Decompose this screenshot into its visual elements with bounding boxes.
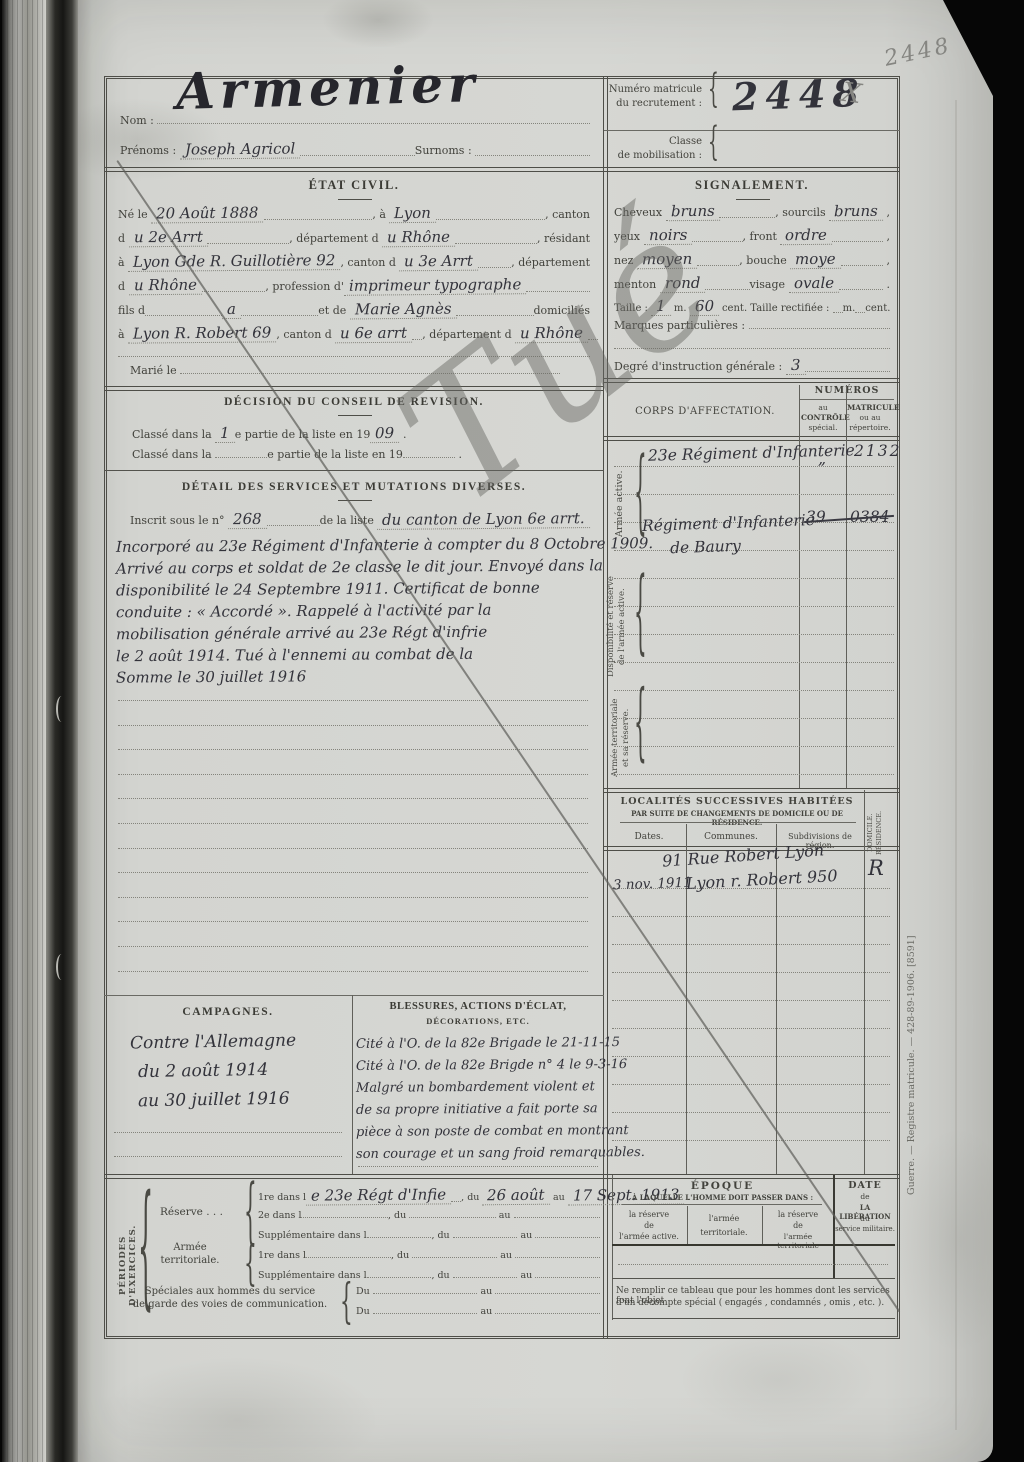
printed-text: Prénoms : bbox=[120, 144, 180, 157]
printed-text: fils d bbox=[118, 304, 145, 317]
corps-entry-2-controle: 39 bbox=[806, 508, 826, 526]
date-col: du bbox=[835, 1214, 895, 1223]
services-text-line: Somme le 30 juillet 1916 bbox=[116, 667, 306, 686]
printed-text: Marié le bbox=[130, 364, 180, 377]
epoque-title-1: ÉPOQUE bbox=[612, 1180, 833, 1192]
dotted-rule bbox=[612, 944, 890, 945]
dotted-rule bbox=[118, 921, 588, 922]
dotted-rule bbox=[300, 155, 415, 156]
epoque-col2: l'armée bbox=[689, 1214, 759, 1223]
printed-text: 1re dans l bbox=[258, 1192, 306, 1203]
services-blank-rules bbox=[118, 700, 588, 990]
dotted-rule bbox=[118, 798, 588, 799]
printed-text: à bbox=[118, 328, 128, 341]
handwritten-text: e 23e Régt d'Infie bbox=[306, 1185, 451, 1205]
dotted-rule bbox=[453, 1277, 518, 1278]
dotted-rule bbox=[118, 872, 588, 873]
blessures-title-2: DÉCORATIONS, ETC. bbox=[352, 1016, 604, 1026]
title-rule bbox=[338, 415, 372, 416]
blessures-line: de sa propre initiative a fait porte sa bbox=[356, 1101, 598, 1118]
printed-text: de la liste bbox=[320, 514, 378, 527]
printed-text: . bbox=[883, 278, 890, 291]
printer-margin-note: Guerre. — Registre matricule. — 428-89-1… bbox=[906, 880, 917, 1250]
periodes-side-label: PÉRIODES D'EXERCICES. bbox=[118, 1196, 138, 1334]
printed-text: Inscrit sous le n° bbox=[130, 514, 228, 527]
dotted-rule bbox=[832, 241, 883, 242]
dotted-rule bbox=[612, 1112, 890, 1113]
dotted-rule bbox=[614, 578, 894, 579]
dotted-rule bbox=[614, 690, 894, 691]
printed-text: au bbox=[517, 1230, 535, 1241]
dotted-rule bbox=[202, 291, 266, 292]
epoque-bottom-rule bbox=[612, 1278, 895, 1279]
dotted-rule bbox=[614, 550, 894, 551]
dotted-rule bbox=[833, 312, 843, 313]
printed-text: e partie de la liste en 19 bbox=[267, 448, 403, 461]
dotted-rule bbox=[367, 1237, 432, 1238]
localites-title: LOCALITÉS SUCCESSIVES HABITÉES bbox=[608, 796, 866, 807]
printed-text: au bbox=[496, 1210, 514, 1221]
dotted-rule bbox=[614, 606, 894, 607]
date-col: de bbox=[835, 1192, 895, 1201]
dotted-rule bbox=[719, 217, 775, 218]
localites-subtitle: PAR SUITE DE CHANGEMENTS DE DOMICILE OU … bbox=[608, 809, 866, 827]
localites-row-rules bbox=[612, 888, 890, 1168]
dotted-rule bbox=[301, 1217, 387, 1218]
corps-entry-1-matricule: 2132 bbox=[854, 442, 901, 460]
dotted-rule bbox=[409, 1217, 495, 1218]
printed-text: d bbox=[118, 232, 129, 245]
dotted-rule bbox=[855, 312, 865, 313]
epoque-col3: la réserve bbox=[763, 1210, 833, 1219]
epoque-col1: l'armée active. bbox=[613, 1232, 685, 1241]
brace: { bbox=[634, 555, 647, 665]
epoque-col1: la réserve bbox=[613, 1210, 685, 1219]
surname-script: Armenier bbox=[175, 54, 480, 121]
printed-text: Surnoms : bbox=[415, 144, 475, 157]
printed-text: cent. bbox=[865, 303, 890, 314]
dotted-rule bbox=[367, 1277, 432, 1278]
matricule-header: ou au bbox=[847, 413, 893, 422]
epoque-note-2: d'un décompte spécial ( engagés , condam… bbox=[616, 1298, 890, 1308]
dotted-rule bbox=[118, 823, 588, 824]
periodes-row: Du au bbox=[356, 1286, 600, 1297]
printed-text: au bbox=[550, 1192, 568, 1203]
handwritten-text: moye bbox=[790, 250, 841, 269]
printed-text: , du bbox=[388, 1210, 409, 1221]
handwritten-text: 20 Août 1888 bbox=[151, 204, 264, 224]
epoque-title-rule bbox=[622, 1204, 822, 1205]
disponibilite-label-line: Disponibilité et réserve bbox=[606, 577, 616, 678]
dotted-rule bbox=[614, 746, 894, 747]
dotted-rule bbox=[495, 1313, 600, 1314]
dotted-rule bbox=[612, 1084, 890, 1085]
handwritten-text: 26 août bbox=[482, 1186, 550, 1206]
campagnes-line: du 2 août 1914 bbox=[138, 1060, 269, 1082]
dotted-rule bbox=[841, 265, 883, 266]
date-col: DATE bbox=[835, 1180, 895, 1191]
dotted-rule bbox=[614, 718, 894, 719]
epoque-title-2: À LAQUELLE L'HOMME DOIT PASSER DANS : bbox=[612, 1193, 833, 1202]
periodes-row: 2e dans l, du au bbox=[258, 1210, 600, 1221]
blessures-line: Cité à l'O. de la 82e Brigde n° 4 le 9-3… bbox=[356, 1057, 627, 1074]
binding-stitch bbox=[56, 696, 67, 722]
dotted-rule bbox=[118, 946, 588, 947]
binding-stitch bbox=[56, 954, 67, 980]
header-divider bbox=[604, 130, 900, 131]
dotted-rule bbox=[612, 1000, 890, 1001]
blessures-line: Cité à l'O. de la 82e Brigade le 21-11-1… bbox=[356, 1035, 620, 1052]
brace: { bbox=[708, 67, 719, 113]
printed-text: , du bbox=[391, 1250, 412, 1261]
printed-text: au bbox=[517, 1270, 535, 1281]
dotted-rule bbox=[306, 1257, 391, 1258]
printed-text: visage bbox=[750, 278, 789, 291]
printed-text: , à bbox=[372, 208, 389, 221]
printed-text: 2e dans l bbox=[258, 1210, 301, 1221]
brace: { bbox=[634, 670, 647, 771]
localites-top-rule bbox=[604, 788, 900, 793]
dotted-rule bbox=[215, 457, 267, 458]
dotted-rule bbox=[614, 634, 894, 635]
title-rule bbox=[338, 199, 372, 200]
dotted-rule bbox=[805, 371, 890, 372]
title-rule bbox=[338, 500, 372, 501]
dotted-rule bbox=[114, 1156, 342, 1157]
dotted-rule bbox=[612, 1028, 890, 1029]
dotted-rule bbox=[535, 1277, 600, 1278]
services-text-line: conduite : « Accordé ». Rappelé à l'acti… bbox=[116, 601, 492, 622]
campagnes-top-rule bbox=[104, 995, 604, 996]
printed-text: Du bbox=[356, 1306, 373, 1317]
epoque-box-bottom bbox=[612, 1318, 895, 1319]
territoriale-label-1: Armée bbox=[140, 1242, 240, 1253]
handwritten-text: a bbox=[222, 300, 241, 319]
periodes-top-rule bbox=[104, 1174, 900, 1179]
handwritten-text: Lyon R. Robert 69 bbox=[128, 323, 276, 343]
classe-label-1: Classe bbox=[608, 136, 702, 147]
printed-text: 1re dans l bbox=[258, 1250, 306, 1261]
services-text-line: disponibilité le 24 Septembre 1911. Cert… bbox=[116, 579, 540, 600]
dotted-rule bbox=[412, 1257, 497, 1258]
territoriale-reserve-label: Armée territoriale et sa réserve. bbox=[610, 688, 632, 788]
dotted-rule bbox=[373, 1313, 478, 1314]
dotted-rule bbox=[514, 1217, 600, 1218]
dotted-rule bbox=[453, 1237, 518, 1238]
periodes-row: 1re dans l, du au bbox=[258, 1250, 600, 1261]
dotted-rule bbox=[612, 1140, 890, 1141]
territoriale-label-line: et sa réserve. bbox=[621, 709, 631, 767]
campagnes-line: au 30 juillet 1916 bbox=[138, 1089, 290, 1112]
dotted-rule bbox=[451, 1201, 461, 1202]
speciales-label-2: de garde des voies de communication. bbox=[122, 1299, 338, 1310]
col-communes: Communes. bbox=[686, 832, 776, 842]
dotted-rule bbox=[749, 328, 890, 329]
handwritten-text: 1 bbox=[215, 424, 235, 443]
epoque-col3: l'armée territoriale bbox=[763, 1232, 833, 1250]
dotted-rule bbox=[118, 700, 588, 701]
matricule-header: MATRICULE bbox=[847, 403, 893, 412]
territoriale-label-line: Armée territoriale bbox=[610, 699, 620, 777]
epoque-col1: de bbox=[613, 1221, 685, 1230]
localites-date: 3 nov. 1911 bbox=[613, 875, 692, 894]
col-dates: Dates. bbox=[612, 832, 686, 842]
localites-title-rule bbox=[620, 822, 856, 823]
page-under-edge bbox=[955, 100, 957, 1430]
handwritten-text: u Rhône bbox=[128, 276, 201, 296]
dotted-rule bbox=[373, 1293, 478, 1294]
dotted-rule bbox=[118, 725, 588, 726]
dotted-rule bbox=[515, 1257, 600, 1258]
dotted-rule bbox=[358, 1166, 598, 1167]
printed-text: m. bbox=[843, 303, 856, 314]
corps-entry-1-controle: „ bbox=[818, 450, 826, 468]
territoriale-label-2: territoriale. bbox=[140, 1255, 240, 1266]
printed-text: , du bbox=[431, 1270, 452, 1281]
periodes-row: Du au bbox=[356, 1306, 600, 1317]
dotted-rule bbox=[692, 241, 743, 242]
scanned-register-page: Armenier Nom : Prénoms : Joseph AgricolS… bbox=[0, 0, 1024, 1462]
printed-text: , du bbox=[461, 1192, 482, 1203]
printed-text: au bbox=[477, 1306, 495, 1317]
printed-text: au bbox=[477, 1286, 495, 1297]
brace: { bbox=[708, 120, 719, 166]
dotted-rule bbox=[267, 525, 320, 526]
matricule-header: répertoire. bbox=[847, 423, 893, 432]
brace: { bbox=[340, 1271, 353, 1329]
disponibilite-label-line: de l'armée active. bbox=[617, 589, 627, 666]
binding-gutter bbox=[46, 0, 78, 1462]
printed-text: , bbox=[883, 206, 890, 219]
dotted-rule bbox=[264, 219, 373, 220]
handwritten-text: Lyon Gde R. Guillotière 92 bbox=[128, 251, 341, 272]
printed-text: , sourcils bbox=[775, 206, 829, 219]
dotted-rule bbox=[114, 1132, 342, 1133]
dotted-rule bbox=[495, 1293, 600, 1294]
dotted-rule bbox=[618, 1264, 888, 1265]
epoque-col3: de bbox=[763, 1221, 833, 1230]
printed-text: Du bbox=[356, 1286, 373, 1297]
blessures-line: pièce à son poste de combat en montrant bbox=[356, 1123, 629, 1140]
matricule-label-2: du recrutement : bbox=[608, 98, 702, 109]
dotted-rule bbox=[207, 243, 289, 244]
title-rule bbox=[736, 199, 770, 200]
brace: { bbox=[244, 1233, 257, 1291]
printed-text: , bbox=[883, 230, 890, 243]
dotted-rule bbox=[612, 1056, 890, 1057]
dotted-rule bbox=[614, 662, 894, 663]
periodes-row: Supplémentaire dans l, du au bbox=[258, 1270, 600, 1281]
printed-text: , bouche bbox=[739, 254, 790, 267]
printed-text: d bbox=[118, 280, 129, 293]
epoque-col2: territoriale. bbox=[689, 1228, 759, 1237]
epoque-col-line bbox=[762, 1206, 763, 1244]
numeros-header: NUMÉROS bbox=[800, 385, 894, 396]
epoque-col-line bbox=[687, 1206, 688, 1244]
periodes-row: Supplémentaire dans l, du au bbox=[258, 1230, 600, 1241]
dotted-rule bbox=[612, 972, 890, 973]
blessures-title-1: BLESSURES, ACTIONS D'ÉCLAT, bbox=[352, 1001, 604, 1012]
dotted-rule bbox=[614, 774, 894, 775]
dotted-rule bbox=[118, 971, 588, 972]
printed-text: , bbox=[883, 254, 890, 267]
printed-text: Supplémentaire dans l bbox=[258, 1230, 367, 1241]
printed-text: Classé dans la bbox=[132, 428, 215, 441]
dotted-rule bbox=[839, 289, 883, 290]
matricule-label-1: Numéro matricule bbox=[608, 84, 702, 95]
dotted-rule bbox=[535, 1237, 600, 1238]
dotted-rule bbox=[145, 315, 222, 316]
dotted-rule bbox=[118, 774, 588, 775]
handwritten-text: bruns bbox=[829, 202, 883, 221]
blessures-line: Malgré un bombardement violent et bbox=[356, 1079, 595, 1096]
dotted-rule bbox=[118, 897, 588, 898]
handwritten-text: ovale bbox=[788, 274, 838, 293]
periodes-row: 1re dans le 23e Régt d'Infie, du 26 août… bbox=[258, 1186, 600, 1205]
printed-text: Né le bbox=[118, 208, 151, 221]
printed-text: , front bbox=[743, 230, 781, 243]
page-stack-edge bbox=[2, 0, 46, 1462]
printed-text: à bbox=[118, 256, 128, 269]
localites-flag: R bbox=[868, 856, 884, 880]
campagnes-title: CAMPAGNES. bbox=[104, 1006, 352, 1018]
handwritten-text: 268 bbox=[228, 510, 267, 529]
dotted-rule bbox=[612, 916, 890, 917]
reserve-label: Réserve . . . bbox=[160, 1206, 223, 1218]
handwritten-text: Joseph Agricol bbox=[180, 139, 300, 159]
speciales-label-1: Spéciales aux hommes du service bbox=[122, 1286, 338, 1297]
printed-text: au bbox=[497, 1250, 515, 1261]
campagnes-line: Contre l'Allemagne bbox=[130, 1031, 296, 1054]
printed-text: , du bbox=[431, 1230, 452, 1241]
services-text-line: le 2 août 1914. Tué à l'ennemi au combat… bbox=[116, 645, 473, 665]
corps-entry-2-line-2: de Baury bbox=[670, 537, 741, 557]
dotted-rule bbox=[118, 848, 588, 849]
printed-text: Classé dans la bbox=[132, 448, 215, 461]
handwritten-text: ordre bbox=[780, 226, 832, 245]
printed-text: Nom : bbox=[120, 114, 157, 127]
blessures-line: son courage et un sang froid remarquable… bbox=[356, 1145, 645, 1162]
